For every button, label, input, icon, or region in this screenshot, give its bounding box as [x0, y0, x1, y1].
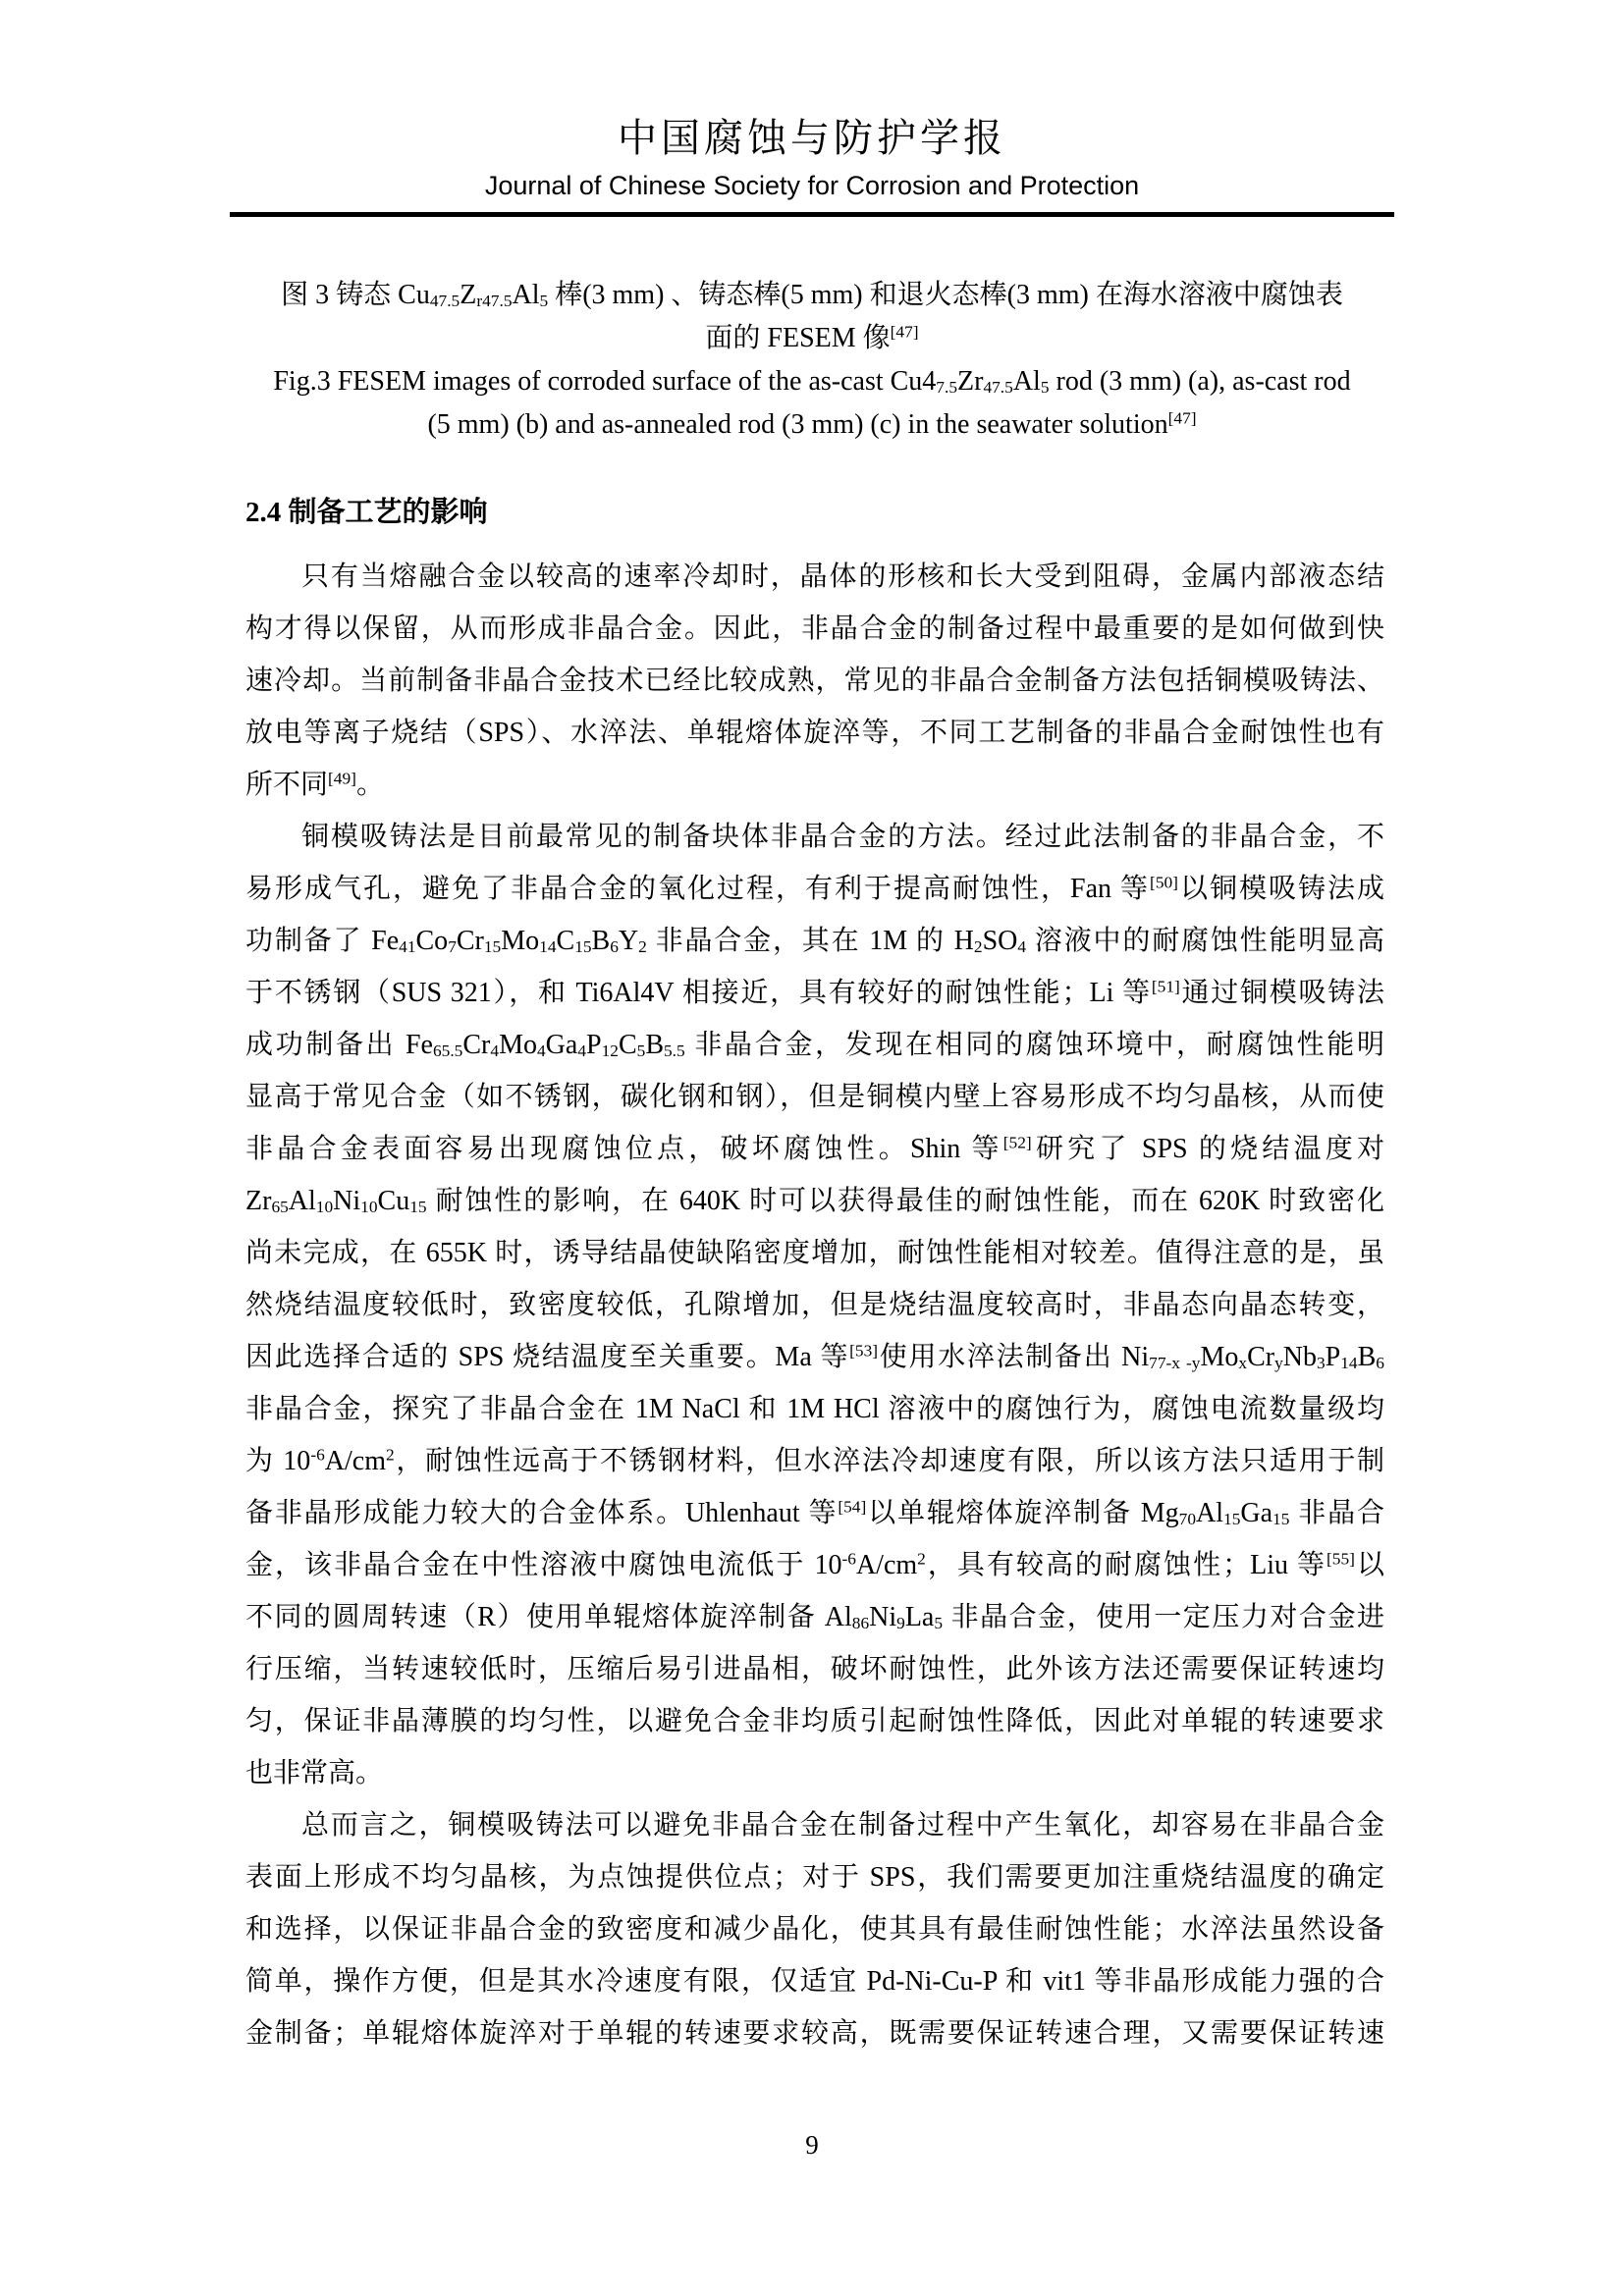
- text-line: 成功制备出 Fe65.5Cr4Mo4Ga4P12C5B5.5 非晶合金，发现在相…: [245, 1019, 1384, 1071]
- text-line: 因此选择合适的 SPS 烧结温度至关重要。Ma 等[53]使用水淬法制备出 Ni…: [245, 1331, 1384, 1383]
- text-line: 尚未完成，在 655K 时，诱导结晶使缺陷密度增加，耐蚀性能相对较差。值得注意的…: [245, 1227, 1384, 1279]
- text-line: 只有当熔融合金以较高的速率冷却时，晶体的形核和长大受到阻碍，金属内部液态结: [245, 551, 1384, 603]
- text-line: 易形成气孔，避免了非晶合金的氧化过程，有利于提高耐蚀性，Fan 等[50]以铜模…: [245, 863, 1384, 915]
- text-line: 也非常高。: [245, 1747, 1384, 1799]
- journal-title-english: Journal of Chinese Society for Corrosion…: [0, 171, 1624, 200]
- text-line: 然烧结温度较低时，致密度较低，孔隙增加，但是烧结温度较高时，非晶态向晶态转变，: [245, 1279, 1384, 1331]
- page-number: 9: [0, 2130, 1624, 2161]
- section-heading: 2.4 制备工艺的影响: [245, 496, 1624, 529]
- text-line: 匀，保证非晶薄膜的均匀性，以避免合金非均质引起耐蚀性降低，因此对单辊的转速要求: [245, 1695, 1384, 1747]
- text-line: 构才得以保留，从而形成非晶合金。因此，非晶合金的制备过程中最重要的是如何做到快: [245, 603, 1384, 655]
- text-line: 功制备了 Fe41Co7Cr15Mo14C15B6Y2 非晶合金，其在 1M 的…: [245, 915, 1384, 967]
- text-line: 非晶合金表面容易出现腐蚀位点，破坏腐蚀性。Shin 等[52]研究了 SPS 的…: [245, 1123, 1384, 1175]
- text-line: 和选择，以保证非晶合金的致密度和减少晶化，使其具有最佳耐蚀性能；水淬法虽然设备: [245, 1903, 1384, 1955]
- text-line: 非晶合金，探究了非晶合金在 1M NaCl 和 1M HCl 溶液中的腐蚀行为，…: [245, 1383, 1384, 1435]
- paragraph: 铜模吸铸法是目前最常见的制备块体非晶合金的方法。经过此法制备的非晶合金，不易形成…: [245, 811, 1384, 1799]
- text-line: 总而言之，铜模吸铸法可以避免非晶合金在制备过程中产生氧化，却容易在非晶合金: [245, 1799, 1384, 1851]
- text-line: 备非晶形成能力较大的合金体系。Uhlenhaut 等[54]以单辊熔体旋淬制备 …: [245, 1487, 1384, 1539]
- caption-line: 图 3 铸态 Cu47.5Zr47.5Al5 棒(3 mm) 、铸态棒(5 mm…: [193, 274, 1431, 317]
- journal-title-chinese: 中国腐蚀与防护学报: [0, 116, 1624, 161]
- text-line: 为 10-6A/cm2，耐蚀性远高于不锈钢材料，但水淬法冷却速度有限，所以该方法…: [245, 1435, 1384, 1487]
- caption-line: 面的 FESEM 像[47]: [193, 317, 1431, 360]
- journal-header: 中国腐蚀与防护学报 Journal of Chinese Society for…: [0, 0, 1624, 217]
- paragraph: 只有当熔融合金以较高的速率冷却时，晶体的形核和长大受到阻碍，金属内部液态结构才得…: [245, 551, 1384, 811]
- text-line: 于不锈钢（SUS 321），和 Ti6Al4V 相接近，具有较好的耐蚀性能；Li…: [245, 967, 1384, 1019]
- text-line: 金制备；单辊熔体旋淬对于单辊的转速要求较高，既需要保证转速合理，又需要保证转速: [245, 2007, 1384, 2059]
- text-line: 行压缩，当转速较低时，压缩后易引进晶相，破坏耐蚀性，此外该方法还需要保证转速均: [245, 1643, 1384, 1695]
- text-line: 显高于常见合金（如不锈钢，碳化钢和钢），但是铜模内壁上容易形成不均匀晶核，从而使: [245, 1071, 1384, 1123]
- text-line: Zr65Al10Ni10Cu15 耐蚀性的影响，在 640K 时可以获得最佳的耐…: [245, 1175, 1384, 1227]
- body-text: 只有当熔融合金以较高的速率冷却时，晶体的形核和长大受到阻碍，金属内部液态结构才得…: [245, 551, 1384, 2059]
- text-line: 简单，操作方便，但是其水冷速度有限，仅适宜 Pd-Ni-Cu-P 和 vit1 …: [245, 1955, 1384, 2007]
- paragraph: 总而言之，铜模吸铸法可以避免非晶合金在制备过程中产生氧化，却容易在非晶合金表面上…: [245, 1799, 1384, 2059]
- text-line: 放电等离子烧结（SPS）、水淬法、单辊熔体旋淬等，不同工艺制备的非晶合金耐蚀性也…: [245, 707, 1384, 759]
- figure-caption: 图 3 铸态 Cu47.5Zr47.5Al5 棒(3 mm) 、铸态棒(5 mm…: [193, 274, 1431, 447]
- text-line: 不同的圆周转速（R）使用单辊熔体旋淬制备 Al86Ni9La5 非晶合金，使用一…: [245, 1591, 1384, 1643]
- text-line: 金，该非晶合金在中性溶液中腐蚀电流低于 10-6A/cm2，具有较高的耐腐蚀性；…: [245, 1539, 1384, 1591]
- text-line: 所不同[49]。: [245, 759, 1384, 811]
- header-rule: [230, 212, 1394, 217]
- text-line: 速冷却。当前制备非晶合金技术已经比较成熟，常见的非晶合金制备方法包括铜模吸铸法、: [245, 655, 1384, 707]
- document-page: 中国腐蚀与防护学报 Journal of Chinese Society for…: [0, 0, 1624, 2296]
- text-line: 铜模吸铸法是目前最常见的制备块体非晶合金的方法。经过此法制备的非晶合金，不: [245, 811, 1384, 863]
- caption-line: (5 mm) (b) and as-annealed rod (3 mm) (c…: [193, 403, 1431, 447]
- text-line: 表面上形成不均匀晶核，为点蚀提供位点；对于 SPS，我们需要更加注重烧结温度的确…: [245, 1851, 1384, 1903]
- caption-line: Fig.3 FESEM images of corroded surface o…: [193, 360, 1431, 403]
